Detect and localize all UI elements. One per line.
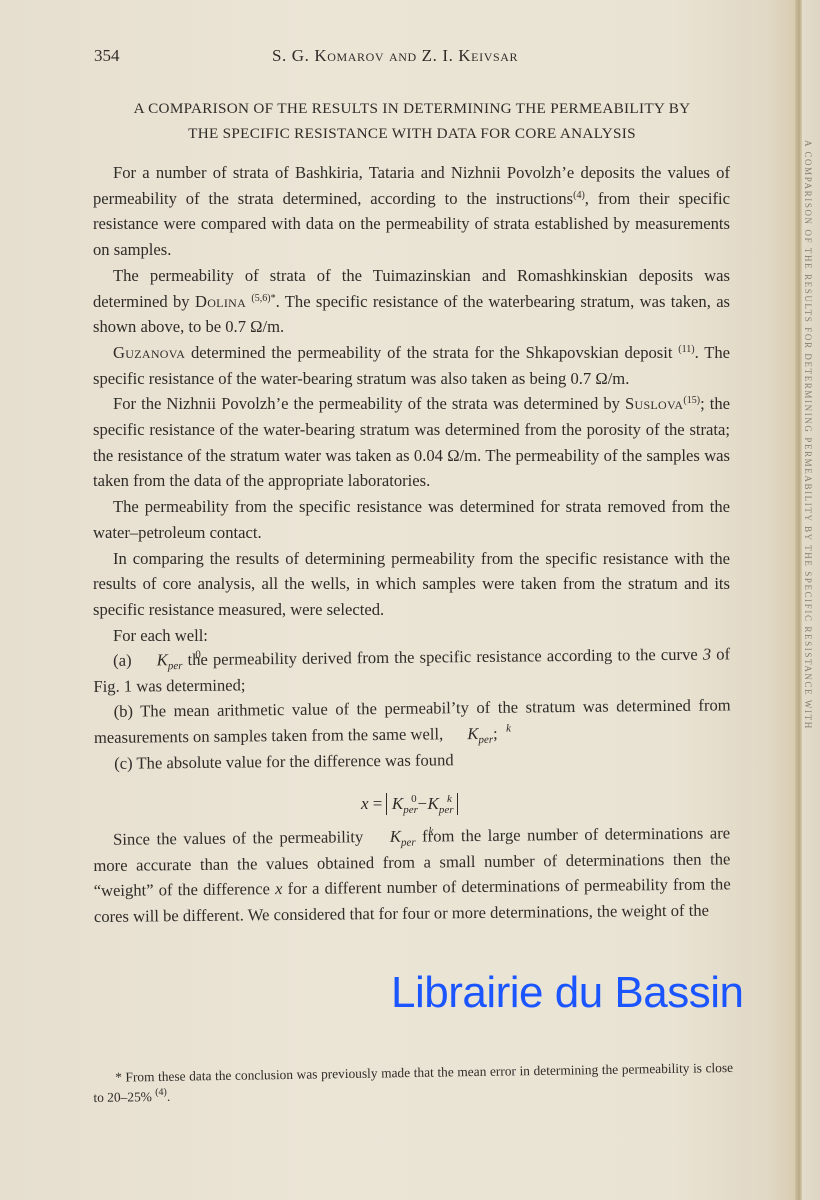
symbol-k: K bbox=[390, 826, 401, 845]
abs-bar-left bbox=[386, 793, 387, 815]
citation-ref: (4) bbox=[155, 1087, 167, 1098]
page-number: 354 bbox=[94, 46, 120, 66]
symbol-subscript: per bbox=[168, 660, 183, 672]
paragraph-8-wrap: Since the values of the permeability Kpe… bbox=[93, 820, 731, 929]
citation-ref: (4) bbox=[573, 190, 585, 201]
article-title: A COMPARISON OF THE RESULTS IN DETERMINI… bbox=[92, 96, 732, 146]
article-title-line-1: A COMPARISON OF THE RESULTS IN DETERMINI… bbox=[92, 96, 732, 121]
paragraph-3: Guzanova determined the permeability of … bbox=[93, 340, 730, 391]
citation-ref: (15) bbox=[683, 395, 700, 406]
symbol-subscript: per bbox=[401, 836, 416, 848]
curve-number: 3 bbox=[703, 645, 711, 664]
symbol-k-per-0: Kper0 bbox=[391, 791, 417, 817]
paragraph-8: Since the values of the permeability Kpe… bbox=[93, 820, 731, 929]
author-dolina: Dolina bbox=[195, 292, 246, 311]
body-text: For a number of strata of Bashkiria, Tat… bbox=[93, 160, 730, 929]
footnote-body: From these data the conclusion was previ… bbox=[93, 1060, 733, 1105]
paragraph-3-text: determined the permeability of the strat… bbox=[185, 343, 678, 362]
footnote-marker: * bbox=[115, 1070, 122, 1085]
paragraph-4-text: For the Nizhnii Povolzh’e the permeabili… bbox=[113, 394, 625, 413]
citation-ref: (5,6)* bbox=[251, 293, 275, 304]
running-head: 354 S. G. Komarov and Z. I. Keivsar bbox=[92, 46, 732, 70]
equals-sign: = bbox=[373, 794, 383, 813]
next-page-running-head: A COMPARISON OF THE RESULTS FOR DETERMIN… bbox=[803, 140, 813, 1040]
list-item-c: (c) The absolute value for the differenc… bbox=[94, 744, 731, 776]
symbol-k: K bbox=[427, 794, 438, 813]
footnote-text: * From these data the conclusion was pre… bbox=[93, 1058, 734, 1108]
symbol-k: K bbox=[392, 794, 403, 813]
equation-absolute-difference: x =Kper0−Kperk bbox=[93, 791, 730, 817]
paragraph-5: The permeability from the specific resis… bbox=[93, 494, 730, 545]
symbol-k-per-k: Kperk bbox=[447, 721, 493, 747]
symbol-k-per-0: Kper0 bbox=[137, 647, 183, 673]
list-item-a: (a) Kper0 the permeability derived from … bbox=[93, 642, 731, 700]
symbol-k: K bbox=[467, 724, 478, 743]
list-item-b: (b) The mean arithmetic value of the per… bbox=[94, 693, 732, 751]
symbol-subscript: per bbox=[478, 734, 493, 746]
symbol-subscript: per bbox=[439, 804, 454, 816]
footnote: * From these data the conclusion was pre… bbox=[93, 1058, 734, 1108]
running-head-authors: S. G. Komarov and Z. I. Keivsar bbox=[272, 46, 518, 66]
abs-bar-right bbox=[457, 793, 458, 815]
citation-ref: (11) bbox=[678, 344, 694, 355]
paragraph-4: For the Nizhnii Povolzh’e the permeabili… bbox=[93, 391, 730, 494]
book-page: 354 S. G. Komarov and Z. I. Keivsar A CO… bbox=[0, 0, 795, 1200]
list-item-b-tail: ; bbox=[493, 724, 498, 743]
symbol-subscript: per bbox=[403, 804, 418, 816]
author-suslova: Suslova bbox=[625, 394, 683, 413]
paragraph-6: In comparing the results of determining … bbox=[93, 546, 730, 623]
symbol-k: K bbox=[157, 651, 168, 670]
paragraph-2: The permeability of strata of the Tuimaz… bbox=[93, 263, 730, 340]
article-title-line-2: THE SPECIFIC RESISTANCE WITH DATA FOR CO… bbox=[92, 121, 732, 146]
author-guzanova: Guzanova bbox=[113, 343, 185, 362]
symbol-k-per-k: Kperk bbox=[370, 823, 416, 849]
footnote-end: . bbox=[167, 1089, 171, 1104]
list-item-a-text: the permeability derived from the specif… bbox=[182, 645, 703, 669]
paragraph-1: For a number of strata of Bashkiria, Tat… bbox=[93, 160, 730, 263]
procedure-list: (a) Kper0 the permeability derived from … bbox=[93, 642, 731, 777]
list-item-b-text: (b) The mean arithmetic value of the per… bbox=[94, 696, 731, 747]
watermark-text: Librairie du Bassin bbox=[391, 968, 743, 1018]
list-item-a-label: (a) bbox=[113, 651, 137, 670]
symbol-k-per-k: Kperk bbox=[427, 791, 453, 817]
book-spine-gutter bbox=[795, 0, 802, 1200]
minus-sign: − bbox=[417, 794, 427, 813]
paragraph-8-text: Since the values of the permeability bbox=[113, 827, 370, 849]
symbol-x: x bbox=[361, 794, 369, 813]
